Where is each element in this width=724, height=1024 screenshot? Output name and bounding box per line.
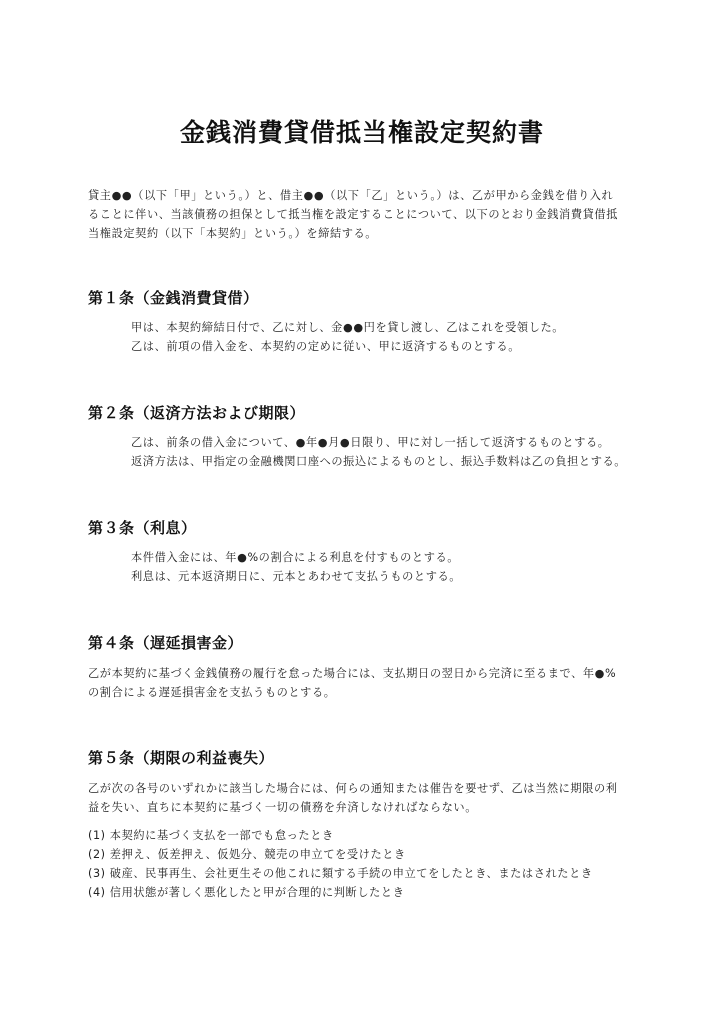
article-4-heading: 第４条（遅延損害金） bbox=[88, 632, 243, 653]
article-line: 利息は、元本返済期日に、元本とあわせて支払うものとする。 bbox=[131, 567, 691, 586]
article-line: 乙は、前項の借入金を、本契約の定めに従い、甲に返済するものとする。 bbox=[131, 337, 691, 356]
article-5-list: (1) 本契約に基づく支払を一部でも怠ったとき (2) 差押え、仮差押え、仮処分… bbox=[88, 826, 593, 902]
article-3-heading: 第３条（利息） bbox=[88, 517, 197, 538]
article-3-body: 本件借入金には、年●%の割合による利息を付すものとする。 利息は、元本返済期日に… bbox=[131, 548, 691, 586]
article-2-heading: 第２条（返済方法および期限） bbox=[88, 402, 305, 423]
preamble: 貸主●●（以下「甲」という。）と、借主●●（以下「乙」という。）は、乙が甲から金… bbox=[88, 186, 648, 243]
article-line: 乙は、前条の借入金について、●年●月●日限り、甲に対し一括して返済するものとする… bbox=[131, 433, 691, 452]
article-line: の割合による遅延損害金を支払うものとする。 bbox=[88, 683, 648, 702]
article-5-body: 乙が次の各号のいずれかに該当した場合には、何らの通知または催告を要せず、乙は当然… bbox=[88, 779, 648, 817]
article-line: 甲は、本契約締結日付で、乙に対し、金●●円を貸し渡し、乙はこれを受領した。 bbox=[131, 318, 691, 337]
document-title: 金銭消費貸借抵当権設定契約書 bbox=[0, 113, 724, 149]
article-2-body: 乙は、前条の借入金について、●年●月●日限り、甲に対し一括して返済するものとする… bbox=[131, 433, 691, 471]
list-item: (4) 信用状態が著しく悪化したと甲が合理的に判断したとき bbox=[88, 883, 593, 902]
article-5-heading: 第５条（期限の利益喪失） bbox=[88, 747, 274, 768]
list-item: (1) 本契約に基づく支払を一部でも怠ったとき bbox=[88, 826, 593, 845]
list-item: (3) 破産、民事再生、会社更生その他これに類する手続の申立てをしたとき、または… bbox=[88, 864, 593, 883]
article-line: 本件借入金には、年●%の割合による利息を付すものとする。 bbox=[131, 548, 691, 567]
article-line: 返済方法は、甲指定の金融機関口座への振込によるものとし、振込手数料は乙の負担とす… bbox=[131, 452, 691, 471]
article-line: 乙が次の各号のいずれかに該当した場合には、何らの通知または催告を要せず、乙は当然… bbox=[88, 779, 648, 798]
article-line: 乙が本契約に基づく金銭債務の履行を怠った場合には、支払期日の翌日から完済に至るま… bbox=[88, 664, 648, 683]
preamble-line: 当権設定契約（以下「本契約」という。）を締結する。 bbox=[88, 224, 648, 243]
article-4-body: 乙が本契約に基づく金銭債務の履行を怠った場合には、支払期日の翌日から完済に至るま… bbox=[88, 664, 648, 702]
preamble-line: ることに伴い、当該債務の担保として抵当権を設定することについて、以下のとおり金銭… bbox=[88, 205, 648, 224]
list-item: (2) 差押え、仮差押え、仮処分、競売の申立てを受けたとき bbox=[88, 845, 593, 864]
preamble-line: 貸主●●（以下「甲」という。）と、借主●●（以下「乙」という。）は、乙が甲から金… bbox=[88, 186, 648, 205]
article-line: 益を失い、直ちに本契約に基づく一切の債務を弁済しなければならない。 bbox=[88, 798, 648, 817]
article-1-body: 甲は、本契約締結日付で、乙に対し、金●●円を貸し渡し、乙はこれを受領した。 乙は… bbox=[131, 318, 691, 356]
article-1-heading: 第１条（金銭消費貸借） bbox=[88, 287, 259, 308]
document-page: 金銭消費貸借抵当権設定契約書 貸主●●（以下「甲」という。）と、借主●●（以下「… bbox=[0, 0, 724, 1024]
